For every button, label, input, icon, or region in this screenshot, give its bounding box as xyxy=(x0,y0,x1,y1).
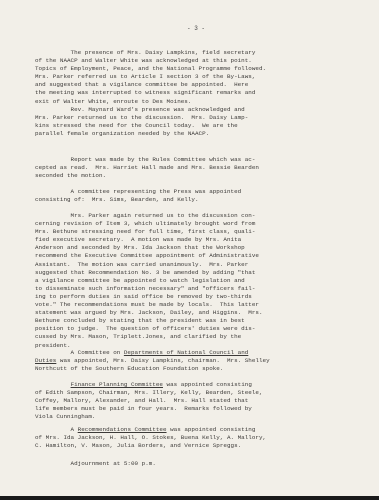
text-line: fied executive secretary. A motion was m… xyxy=(35,236,345,244)
text-line: The presence of Mrs. Daisy Lampkins, fie… xyxy=(35,49,345,57)
text-line: cepted as read. Mrs. Harriet Hall made a… xyxy=(35,164,345,172)
text-line: of the NAACP and Walter White was acknow… xyxy=(35,57,345,65)
paragraph: The presence of Mrs. Daisy Lampkins, fie… xyxy=(35,49,345,106)
text-line: parallel female organization needed by t… xyxy=(35,130,345,138)
scan-edge xyxy=(0,496,379,500)
text-line: A committee representing the Press was a… xyxy=(35,188,345,196)
text-line: Bethune concluded by stating that the pr… xyxy=(35,317,345,325)
paragraph: A Recommendations Committee was appointe… xyxy=(35,426,345,450)
text-line: exit of Walter White, enroute to Des Moi… xyxy=(35,98,345,106)
underlined-text: Finance Planning Committee xyxy=(71,381,163,388)
text-line: Topics of Employment, Peace, and the Nat… xyxy=(35,65,345,73)
text-line: position to judge. The question of offic… xyxy=(35,325,345,333)
text-line: Coffey, Mallory, Alexander, and Hall. Mr… xyxy=(35,397,345,405)
paragraph: Mrs. Parker again returned us to the dis… xyxy=(35,212,345,350)
text-line: consisting of: Mrs. Sims, Bearden, and K… xyxy=(35,196,345,204)
text-line: of Edith Sampson, Chairman, Mrs. Illery,… xyxy=(35,389,345,397)
text-line: statement was argued by Mrs. Jackson, Da… xyxy=(35,309,345,317)
text-line: and suggested that a vigilance committee… xyxy=(35,81,345,89)
text-line: recommend the Executive Committee appoin… xyxy=(35,252,345,260)
text-line: a vigilance committee be appointed to wa… xyxy=(35,277,345,285)
text-line: Finance Planning Committee was appointed… xyxy=(35,381,345,389)
text-line: Northcutt of the Southern Education Foun… xyxy=(35,365,345,373)
text-line: A Recommendations Committee was appointe… xyxy=(35,426,345,434)
paragraph: Adjournment at 5:00 p.m. xyxy=(35,460,345,468)
text-line: Report was made by the Rules Committee w… xyxy=(35,156,345,164)
text-line: of Mrs. Ida Jackson, H. Hall, O. Stokes,… xyxy=(35,434,345,442)
paragraph: Report was made by the Rules Committee w… xyxy=(35,156,345,180)
paragraph: A Committee on Departments of National C… xyxy=(35,349,345,373)
text-line: Mrs. Parker referred us to Article I sec… xyxy=(35,73,345,81)
text-line: life members must be paid in four years.… xyxy=(35,405,345,413)
text-line: Adjournment at 5:00 p.m. xyxy=(35,460,345,468)
text-line: Rev. Maynard Ward's presence was acknowl… xyxy=(35,106,345,114)
text-line: ing to perform duties in said office be … xyxy=(35,293,345,301)
text-line: the meeting was interrupted to witness s… xyxy=(35,89,345,97)
text-line: cerning revision of Item 3, which ultima… xyxy=(35,220,345,228)
text-line: kins stressed the need for the Council t… xyxy=(35,122,345,130)
underlined-text: Recommendations Committee xyxy=(78,426,167,433)
text-line: Mrs. Parker again returned us to the dis… xyxy=(35,212,345,220)
text-line: Assistant. The motion was carried unanim… xyxy=(35,261,345,269)
text-line: Viola Cunningham. xyxy=(35,413,345,421)
underlined-text: Duties xyxy=(35,357,56,364)
text-line: to disseminate such information necessar… xyxy=(35,285,345,293)
paragraph: Finance Planning Committee was appointed… xyxy=(35,381,345,421)
underlined-text: Departments of National Council and xyxy=(124,349,248,356)
text-line: Anderson and seconded by Mrs. Ida Jackso… xyxy=(35,244,345,252)
text-line: cussed by Mrs. Mason, Triplett.Jones, an… xyxy=(35,333,345,341)
text-line: A Committee on Departments of National C… xyxy=(35,349,345,357)
text-line: vote." The recommendations must be made … xyxy=(35,301,345,309)
text-line: Duties was appointed, Mrs. Daisy Lampkin… xyxy=(35,357,345,365)
text-line: seconded the motion. xyxy=(35,172,345,180)
text-line: Mrs. Bethune stressing need for full tim… xyxy=(35,228,345,236)
text-line: suggested that Recommendation No. 3 be a… xyxy=(35,269,345,277)
text-line: C. Hamilton, V. Mason, Julia Borders, an… xyxy=(35,442,345,450)
page-number: - 3 - xyxy=(187,25,205,32)
paragraph: Rev. Maynard Ward's presence was acknowl… xyxy=(35,106,345,138)
text-line: Mrs. Parker returned us to the discussio… xyxy=(35,114,345,122)
paragraph: A committee representing the Press was a… xyxy=(35,188,345,204)
document-page: - 3 - The presence of Mrs. Daisy Lampkin… xyxy=(0,0,379,496)
